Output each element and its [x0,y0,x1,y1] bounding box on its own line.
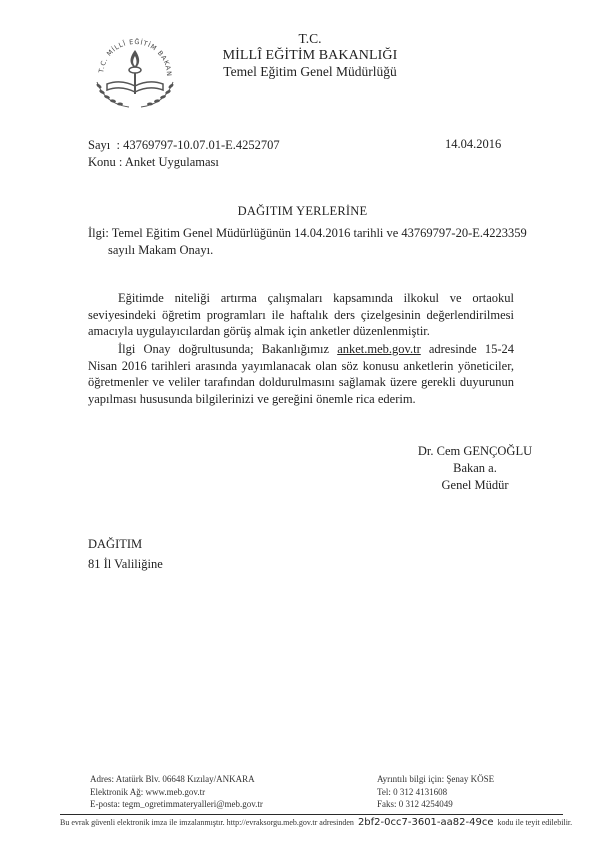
footer-fax: Faks: 0 312 4254049 [377,798,494,811]
ilgi-line-1: İlgi: Temel Eğitim Genel Müdürlüğünün 14… [88,225,538,242]
footer-phone: Tel: 0 312 4131608 [377,786,494,799]
konu-label: Konu [88,155,116,169]
footer-contact-block: Ayrıntılı bilgi için: Şenay KÖSE Tel: 0 … [377,773,494,811]
letterhead: T.C. MİLLÎ EĞİTİM BAKANLIĞI Temel Eğitim… [200,31,420,81]
signatory-name: Dr. Cem GENÇOĞLU [400,443,550,460]
footer-email: E-posta: tegm_ogretimmateryalleri@meb.go… [90,798,263,811]
addressee-title: DAĞITIM YERLERİNE [0,204,605,219]
paragraph-2-text-before: İlgi Onay doğrultusunda; Bakanlığımız [118,342,337,356]
ilgi-block: İlgi: Temel Eğitim Genel Müdürlüğünün 14… [88,225,538,258]
signature-block: Dr. Cem GENÇOĞLU Bakan a. Genel Müdür [400,443,550,494]
verification-text-after: kodu ile teyit edilebilir. [498,818,573,827]
sayi-value: : 43769797-10.07.01-E.4252707 [116,138,279,152]
reference-block: Sayı : 43769797-10.07.01-E.4252707 Konu … [88,137,280,171]
footer-address: Adres: Atatürk Blv. 06648 Kızılay/ANKARA [90,773,263,786]
survey-link[interactable]: anket.meb.gov.tr [337,342,421,356]
department-name: Temel Eğitim Genel Müdürlüğü [200,64,420,81]
ilgi-line-2: sayılı Makam Onayı. [88,242,538,259]
distribution-label: DAĞITIM [88,534,163,554]
konu-value: : Anket Uygulaması [119,155,219,169]
verification-text-before: Bu evrak güvenli elektronik imza ile imz… [60,818,354,827]
verification-line: Bu evrak güvenli elektronik imza ile imz… [60,817,572,828]
footer-address-block: Adres: Atatürk Blv. 06648 Kızılay/ANKARA… [90,773,263,811]
footer-contact-person: Ayrıntılı bilgi için: Şenay KÖSE [377,773,494,786]
footer-website: Elektronik Ağ: www.meb.gov.tr [90,786,263,799]
ministry-seal-icon: T.C. MİLLÎ EĞİTİM BAKANLIĞI [85,32,185,114]
signatory-on-behalf: Bakan a. [400,460,550,477]
distribution-recipients: 81 İl Valiliğine [88,554,163,574]
body-paragraph-2: İlgi Onay doğrultusunda; Bakanlığımız an… [88,341,514,407]
verification-code: 2bf2-0cc7-3601-aa82-49ce [358,817,494,828]
sayi-label: Sayı [88,138,110,152]
distribution-block: DAĞITIM 81 İl Valiliğine [88,534,163,574]
paragraph-1-text: Eğitimde niteliği artırma çalışmaları ka… [88,291,514,338]
republic-abbrev: T.C. [200,31,420,48]
body-paragraph-1: Eğitimde niteliği artırma çalışmaları ka… [88,290,514,340]
ministry-name: MİLLÎ EĞİTİM BAKANLIĞI [200,48,420,65]
document-date: 14.04.2016 [445,137,501,152]
signatory-title: Genel Müdür [400,477,550,494]
footer-divider [60,814,563,815]
